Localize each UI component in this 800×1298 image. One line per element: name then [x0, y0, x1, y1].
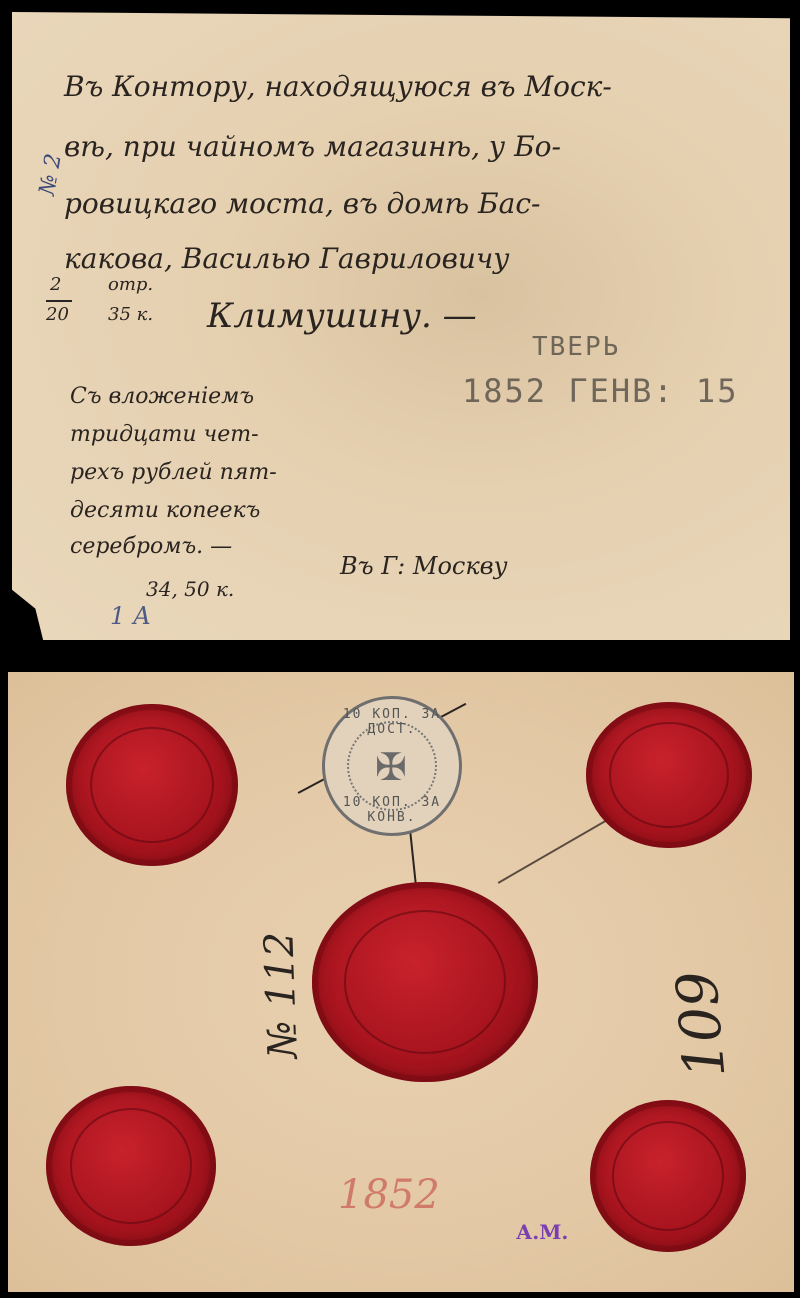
fraction-top: 2 — [50, 274, 61, 295]
value-line-3: рехъ рублей пят- — [70, 460, 277, 485]
stamp-bottom-text: 10 КОП. ЗА КОНВ. — [325, 795, 459, 825]
red-pencil-number: 1852 — [338, 1172, 440, 1218]
accounting-extra: отр. — [108, 274, 153, 295]
wax-seal-bottom-left — [46, 1086, 216, 1246]
envelope-front: Въ Контору, находящуюся въ Моск- вѣ, при… — [12, 12, 790, 640]
wax-seal-bottom-right — [590, 1100, 746, 1252]
wax-seal-top-left — [66, 704, 238, 866]
handwritten-number-left: № 112 — [256, 931, 306, 1059]
violet-handstamp: А.М. — [516, 1220, 568, 1244]
value-line-1: Съ вложеніемъ — [70, 384, 254, 409]
value-line-4: десяти копеекъ — [70, 498, 260, 523]
postmark-date: 1852 ГЕНВ: 15 — [462, 372, 738, 410]
blue-pencil-note: 1 А — [110, 602, 151, 630]
embossed-postage-stamp: 10 КОП. ЗА ДОСТ. 10 КОП. ЗА КОНВ. ✠ — [322, 696, 462, 836]
address-line-1: Въ Контору, находящуюся въ Моск- — [64, 70, 612, 103]
destination: Въ Г: Москву — [340, 552, 508, 580]
amount: 34, 50 к. — [146, 577, 234, 601]
value-line-2: тридцати чет- — [70, 422, 259, 447]
fraction-bottom: 20 — [46, 304, 69, 325]
wax-seal-top-right — [586, 702, 752, 848]
handwritten-number-right: 109 — [664, 968, 738, 1080]
margin-note: № 2 — [35, 152, 67, 198]
address-line-5: Климушину. — — [207, 296, 477, 336]
address-line-4: какова, Василью Гавриловичу — [64, 242, 510, 275]
double-eagle-icon: ✠ — [375, 745, 407, 789]
fraction-bar — [46, 300, 72, 302]
address-line-2: вѣ, при чайномъ магазинѣ, у Бо- — [64, 130, 561, 163]
value-line-5: серебромъ. — — [70, 534, 232, 559]
wax-seal-center — [312, 882, 538, 1082]
stamp-top-text: 10 КОП. ЗА ДОСТ. — [325, 707, 459, 737]
address-line-3: ровицкаго моста, въ домѣ Бас- — [64, 187, 540, 220]
postmark-top: ТВЕРЬ — [532, 332, 620, 362]
accounting-mid: 35 к. — [108, 304, 153, 325]
